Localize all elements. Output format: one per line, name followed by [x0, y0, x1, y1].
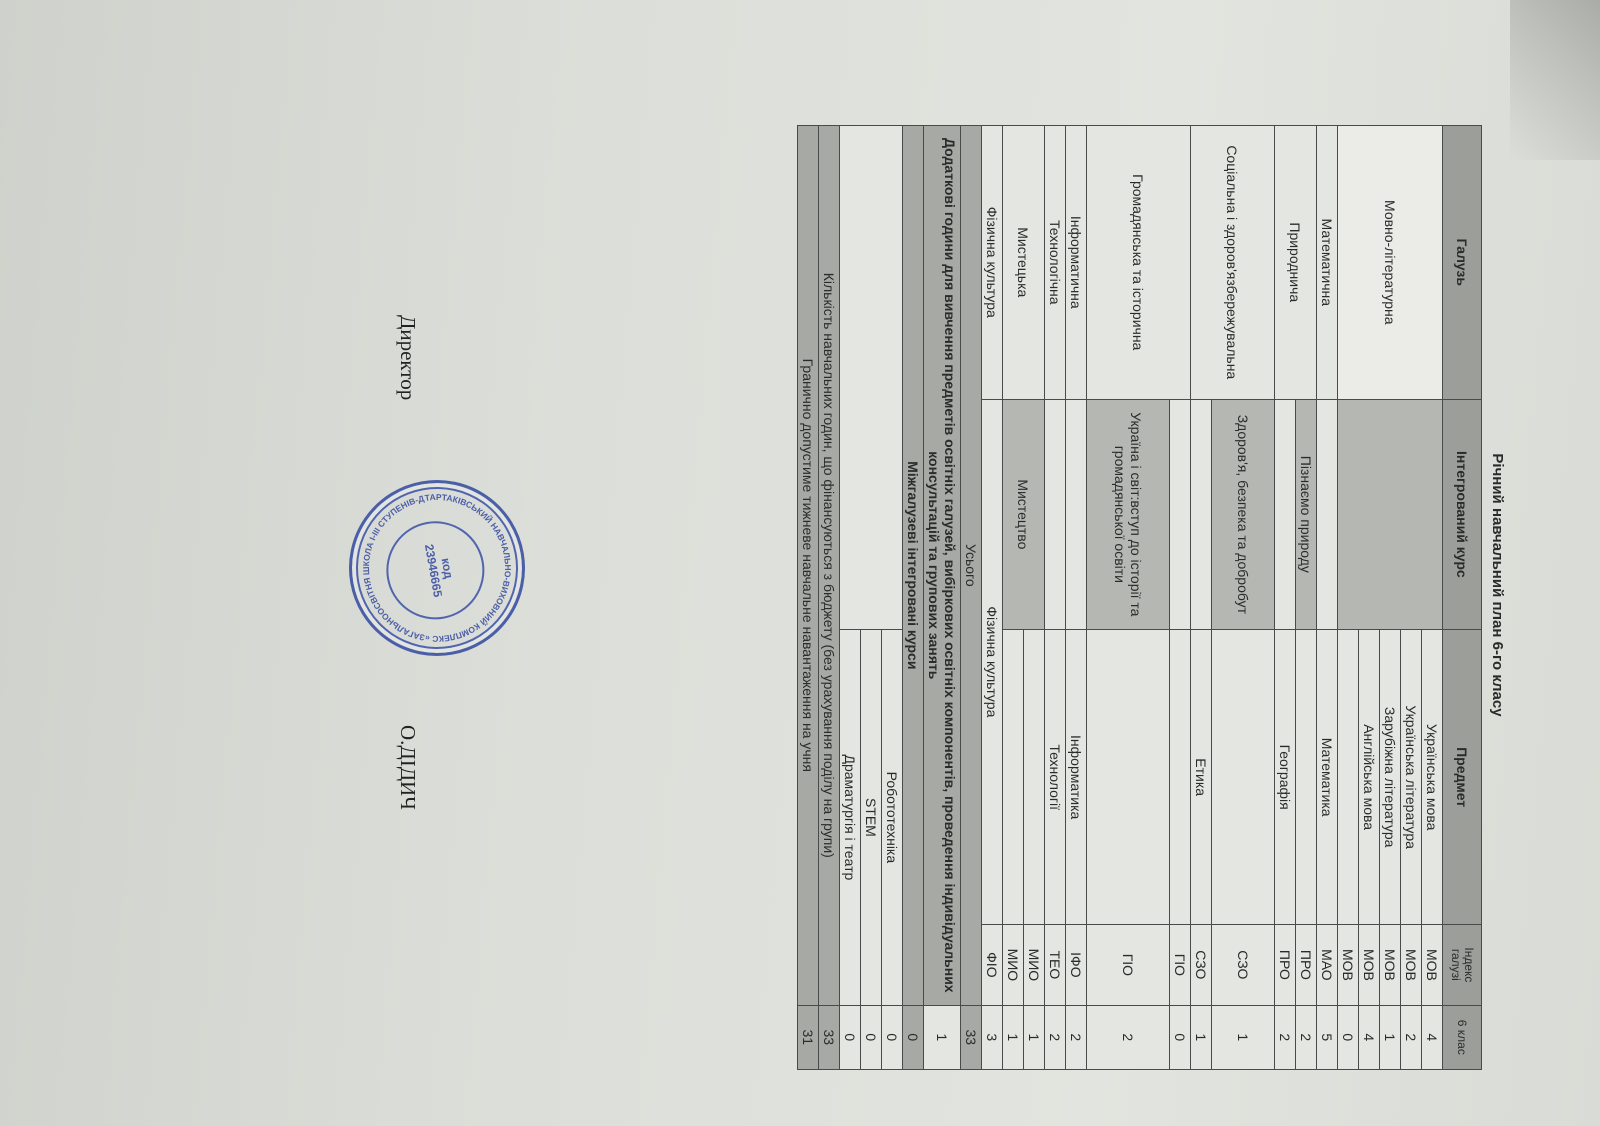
index-cell: МИО [1024, 925, 1045, 1005]
header-subject: Предмет [1443, 630, 1482, 925]
hours-cell: 1 [1191, 1005, 1212, 1069]
header-index: Індекс галузі [1443, 925, 1482, 1005]
subject-cell: Англійська мова [1359, 630, 1380, 925]
interbranch-label: Міжгалузеві інтегровані курси [903, 126, 924, 1006]
index-cell: СЗО [1212, 925, 1275, 1005]
index-cell: ПРО [1296, 925, 1317, 1005]
index-cell: МОВ [1359, 925, 1380, 1005]
course-cell [1066, 399, 1087, 630]
index-cell: МОВ [1338, 925, 1359, 1005]
hours-cell: 2 [1087, 1005, 1170, 1069]
header-integrated-course: Інтегрований курс [1443, 399, 1482, 630]
subject-cell: Українська література [1401, 630, 1422, 925]
branch-cell: Громадянська та історична [1087, 126, 1191, 400]
course-hours: 0 [861, 1005, 882, 1069]
additional-hours-label: Додаткові години для вивчення предметів … [924, 126, 961, 1006]
additional-hours-row: Додаткові години для вивчення предметів … [924, 126, 961, 1070]
subject-cell [1212, 630, 1275, 925]
hours-cell: 5 [1317, 1005, 1338, 1069]
index-cell: ПРО [1275, 925, 1296, 1005]
funded-hours-row: Кількість навчальних годин, що фінансуют… [819, 126, 840, 1070]
index-cell: МОВ [1380, 925, 1401, 1005]
hours-cell: 0 [1338, 1005, 1359, 1069]
header-grade: 6 клас [1443, 1005, 1482, 1069]
table-row: Природнича Пізнаємо природу ПРО 2 [1296, 126, 1317, 1070]
additional-hours-value: 1 [924, 1005, 961, 1069]
hours-cell: 0 [1170, 1005, 1191, 1069]
course-cell: Здоров'я, безпека та добробут [1212, 399, 1275, 630]
index-cell: ТЕО [1045, 925, 1066, 1005]
subject-cell: Технології [1045, 630, 1066, 925]
index-cell: СЗО [1191, 925, 1212, 1005]
index-cell: МОВ [1401, 925, 1422, 1005]
branch-cell: Інформатична [1066, 126, 1087, 400]
table-row: Громадянська та історична ГІО 0 [1170, 126, 1191, 1070]
subject-cell: Інформатика [1066, 630, 1087, 925]
max-load-value: 31 [798, 1005, 819, 1069]
index-cell: ІФО [1066, 925, 1087, 1005]
index-cell: МИО [1003, 925, 1024, 1005]
course-cell [1275, 399, 1296, 630]
school-stamp: ТАРТАКІВСЬКИЙ НАВЧАЛЬНО-ВИХОВНИЙ КОМПЛЕК… [335, 466, 539, 670]
course-row: Робототехніка 0 [882, 126, 903, 1070]
hours-cell: 1 [1024, 1005, 1045, 1069]
course-name: Драматургія і театр [840, 630, 861, 1005]
table-row: Мистецька Мистецтво МИО 1 [1024, 126, 1045, 1070]
table-header-row: Галузь Інтегрований курс Предмет Індекс … [1443, 126, 1482, 1070]
subject-cell: Українська мова [1422, 630, 1443, 925]
funded-hours-label: Кількість навчальних годин, що фінансуют… [819, 126, 840, 1006]
hours-cell: 4 [1422, 1005, 1443, 1069]
course-cell [1317, 399, 1338, 630]
branch-cell: Технологічна [1045, 126, 1066, 400]
paper-corner-shadow [1510, 0, 1600, 160]
branch-cell: Математична [1317, 126, 1338, 400]
subject-cell: Математика [1317, 630, 1338, 925]
course-cell: Мистецтво [1003, 399, 1045, 630]
course-cell: Пізнаємо природу [1296, 399, 1317, 630]
hours-cell: 2 [1045, 1005, 1066, 1069]
subject-cell: Географія [1275, 630, 1296, 925]
subject-cell [1170, 630, 1191, 925]
index-cell: МОВ [1422, 925, 1443, 1005]
course-cell: Україна і світ:вступ до історії та грома… [1087, 399, 1170, 630]
hours-cell: 2 [1066, 1005, 1087, 1069]
branch-cell: Природнича [1275, 126, 1317, 400]
course-name: Робототехніка [882, 630, 903, 1005]
course-blank-cell [840, 126, 903, 630]
table-row: Математична Математика МАО 5 [1317, 126, 1338, 1070]
branch-cell: Фізична культура [982, 126, 1003, 400]
branch-cell: Мистецька [1003, 126, 1045, 400]
table-row: Мовно-літературна Українська мова МОВ 4 [1422, 126, 1443, 1070]
total-label: Усього [961, 126, 982, 1006]
document-title: Річний навчальний план 6-го класу [1489, 85, 1506, 1085]
course-name: STEM [861, 630, 882, 1005]
table-row: Інформатична Інформатика ІФО 2 [1066, 126, 1087, 1070]
index-cell: ФІО [982, 925, 1003, 1005]
table-row: Фізична культура Фізична культура ФІО 3 [982, 126, 1003, 1070]
subject-cell [1003, 630, 1024, 925]
index-cell: ГІО [1170, 925, 1191, 1005]
hours-cell: 2 [1275, 1005, 1296, 1069]
interbranch-row: Міжгалузеві інтегровані курси 0 [903, 126, 924, 1070]
index-cell: ГІО [1087, 925, 1170, 1005]
table-row: Соціальна і здоров'язбережувальна Здоров… [1212, 126, 1275, 1070]
document-page: Річний навчальний план 6-го класу Галузь… [450, 85, 1510, 1085]
subject-cell [1024, 630, 1045, 925]
subject-cell: Етика [1191, 630, 1212, 925]
header-branch: Галузь [1443, 126, 1482, 400]
subject-cell: Фізична культура [982, 399, 1003, 925]
course-cell [1045, 399, 1066, 630]
subject-cell [1338, 630, 1359, 925]
total-hours: 33 [961, 1005, 982, 1069]
hours-cell: 1 [1003, 1005, 1024, 1069]
subject-cell: Зарубіжна література [1380, 630, 1401, 925]
hours-cell: 1 [1212, 1005, 1275, 1069]
hours-cell: 1 [1380, 1005, 1401, 1069]
interbranch-hours: 0 [903, 1005, 924, 1069]
subject-cell [1296, 630, 1317, 925]
branch-cell: Мовно-літературна [1338, 126, 1443, 400]
hours-cell: 4 [1359, 1005, 1380, 1069]
hours-cell: 3 [982, 1005, 1003, 1069]
max-load-row: Гранично допустиме тижневе навчальне нав… [798, 126, 819, 1070]
table-row: Технологічна Технології ТЕО 2 [1045, 126, 1066, 1070]
course-hours: 0 [840, 1005, 861, 1069]
course-hours: 0 [882, 1005, 903, 1069]
hours-cell: 2 [1296, 1005, 1317, 1069]
curriculum-table: Галузь Інтегрований курс Предмет Індекс … [797, 125, 1482, 1070]
subject-cell [1087, 630, 1170, 925]
funded-hours-value: 33 [819, 1005, 840, 1069]
total-row: Усього 33 [961, 126, 982, 1070]
course-cell [1170, 399, 1191, 630]
course-cell [1338, 399, 1443, 630]
signature-name: О.ДІДИЧ [395, 725, 420, 925]
course-cell [1191, 399, 1212, 630]
branch-cell: Соціальна і здоров'язбережувальна [1191, 126, 1275, 400]
index-cell: МАО [1317, 925, 1338, 1005]
max-load-label: Гранично допустиме тижневе навчальне нав… [798, 126, 819, 1006]
hours-cell: 2 [1401, 1005, 1422, 1069]
